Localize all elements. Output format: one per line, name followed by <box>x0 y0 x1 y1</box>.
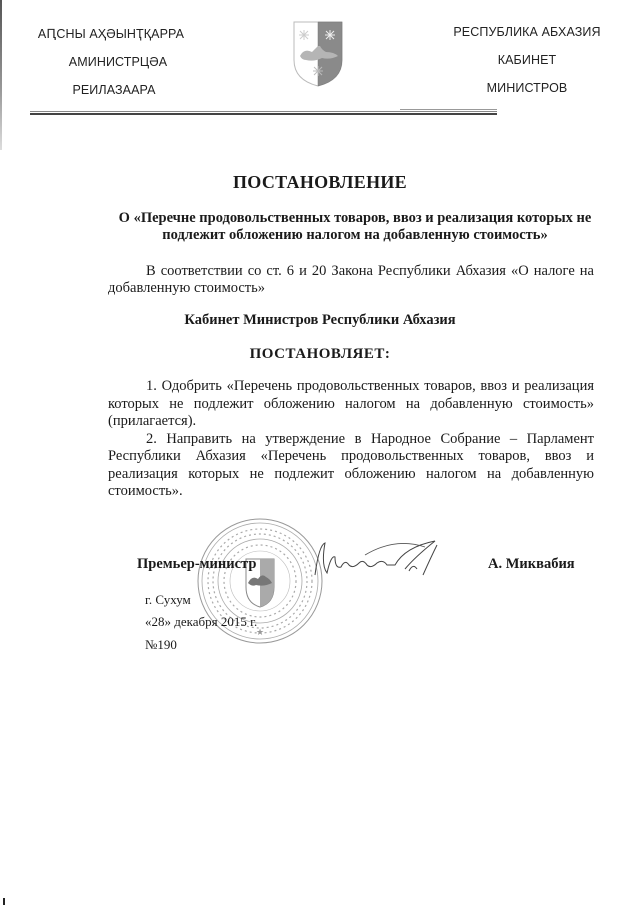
header-abkhaz-line-2: АМИНИСТРЦӘА <box>36 54 186 82</box>
header-russian-line-2: КАБИНЕТ <box>452 52 602 80</box>
decree-items: 1. Одобрить «Перечень продовольственных … <box>108 378 594 501</box>
header-divider-thin <box>30 111 497 112</box>
issuer: Кабинет Министров Республики Абхазия <box>0 312 640 329</box>
decree-item-1: 1. Одобрить «Перечень продовольственных … <box>108 378 594 431</box>
legal-basis: В соответствии со ст. 6 и 20 Закона Респ… <box>108 263 594 297</box>
coat-of-arms-icon <box>292 20 344 88</box>
issue-place: г. Сухум <box>145 592 191 608</box>
header-abkhaz: АԤСНЫ АҲӘЫНҬҚАРРА АМИНИСТРЦӘА РЕИЛАЗААРА <box>36 26 186 110</box>
signatory-position: Премьер-министр <box>137 556 256 573</box>
header-abkhaz-line-1: АԤСНЫ АҲӘЫНҬҚАРРА <box>36 26 186 54</box>
header-abkhaz-line-3: РЕИЛАЗААРА <box>36 82 186 110</box>
header-divider-thick <box>30 113 497 115</box>
decree-item-2: 2. Направить на утверждение в Народное С… <box>108 431 594 501</box>
decrees-heading: ПОСТАНОВЛЯЕТ: <box>0 346 640 363</box>
header-divider-right <box>400 109 497 110</box>
document-subject: О «Перечне продовольственных товаров, вв… <box>115 210 595 244</box>
signatory-name: А. Миквабия <box>488 556 575 573</box>
document-number: №190 <box>145 637 177 653</box>
signature-mark <box>305 535 445 585</box>
scan-mark <box>3 898 5 905</box>
document-title: ПОСТАНОВЛЕНИЕ <box>0 172 640 193</box>
header-russian: РЕСПУБЛИКА АБХАЗИЯ КАБИНЕТ МИНИСТРОВ <box>452 24 602 108</box>
header-russian-line-3: МИНИСТРОВ <box>452 80 602 108</box>
scan-edge <box>0 0 2 150</box>
header-russian-line-1: РЕСПУБЛИКА АБХАЗИЯ <box>452 24 602 52</box>
issue-date: «28» декабря 2015 г. <box>145 614 257 630</box>
